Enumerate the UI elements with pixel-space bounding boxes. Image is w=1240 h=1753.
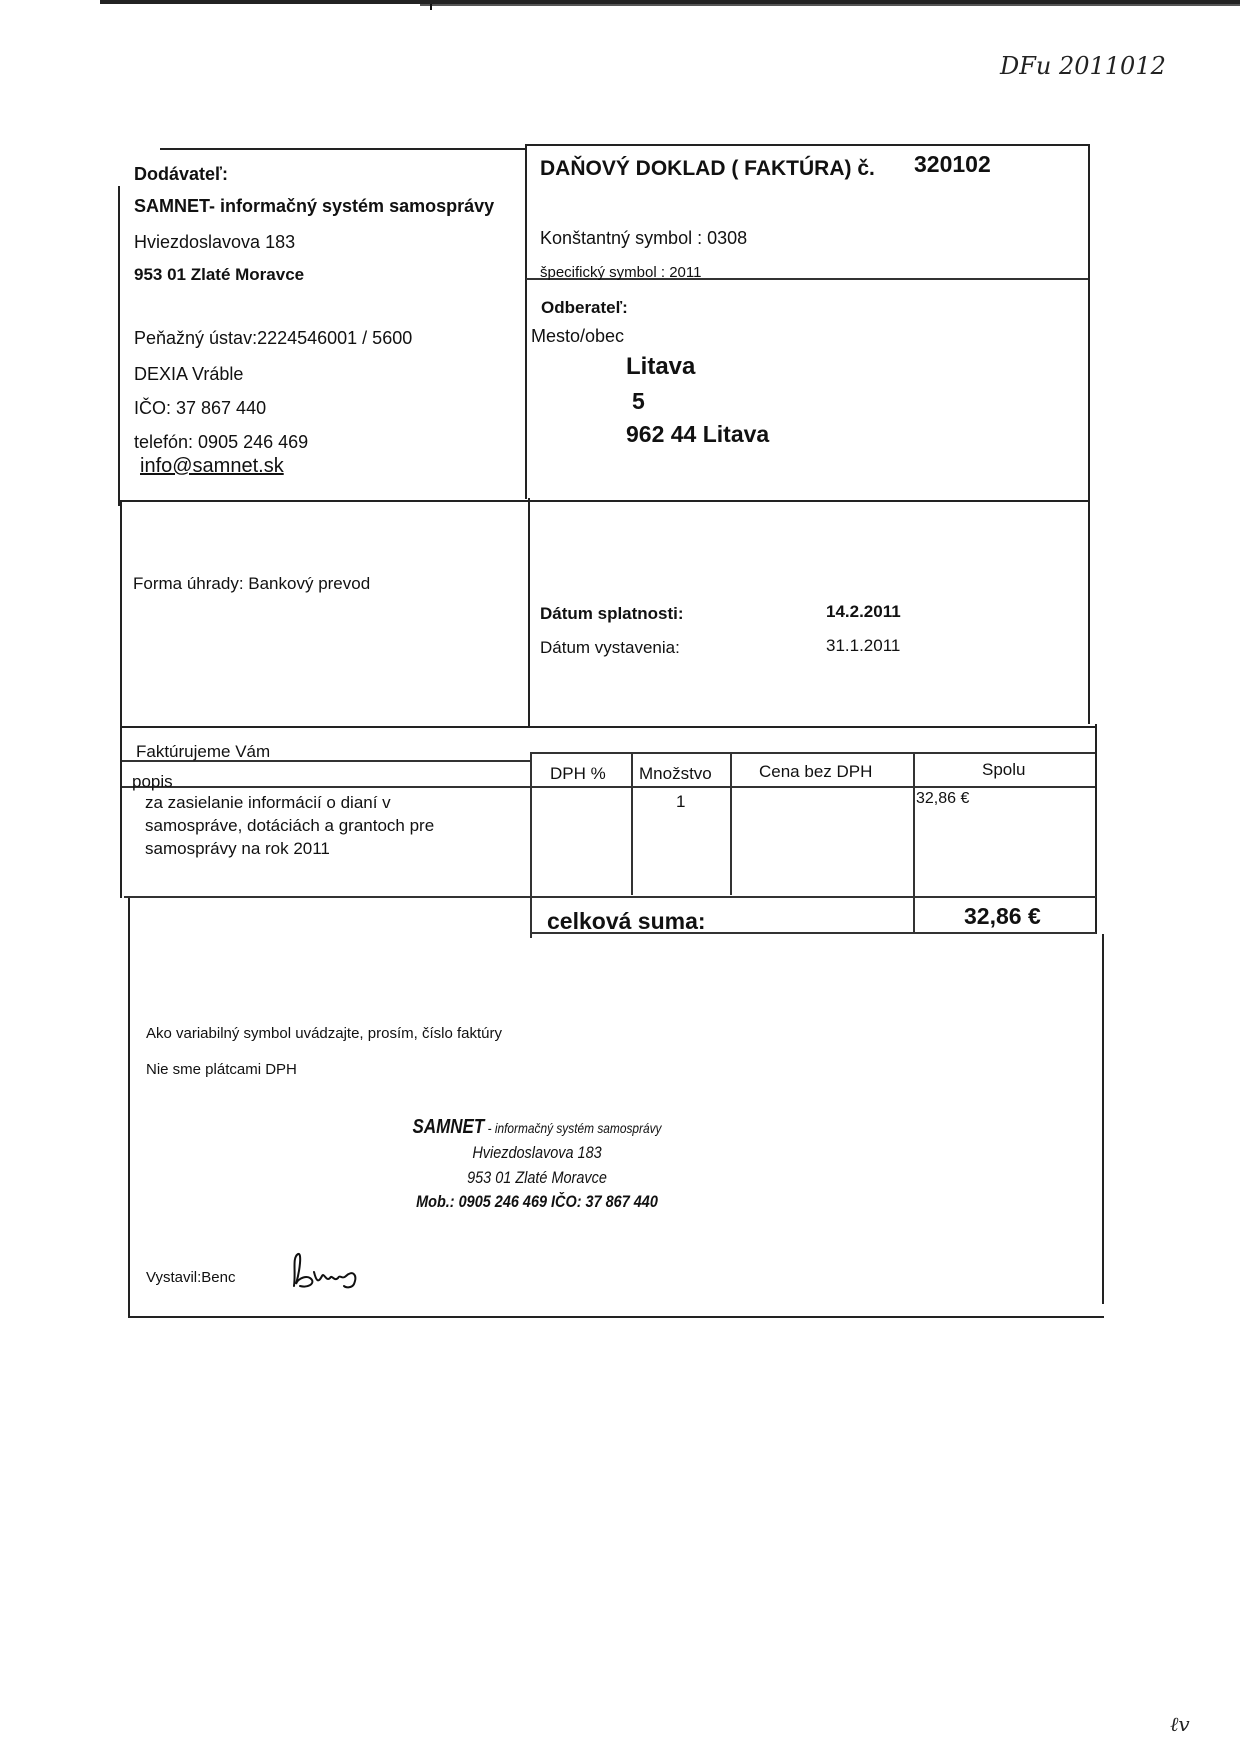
border — [526, 144, 1090, 146]
invoice-title: DAŇOVÝ DOKLAD ( FAKTÚRA) č. — [540, 157, 875, 181]
issue-date-label: Dátum vystavenia: — [540, 638, 680, 658]
border — [913, 752, 915, 932]
payment-method: Forma úhrady: Bankový prevod — [133, 574, 370, 594]
customer-name: Litava — [626, 353, 695, 381]
stamp-city: 953 01 Zlaté Moravce — [401, 1168, 673, 1188]
border — [128, 898, 130, 1318]
issued-by: Vystavil:Benc — [146, 1269, 235, 1286]
border — [528, 498, 530, 728]
due-date-value: 14.2.2011 — [826, 602, 901, 622]
specific-symbol: špecifický symbol : 2011 — [540, 264, 701, 281]
supplier-email-link[interactable]: info@samnet.sk — [140, 455, 284, 478]
border — [122, 786, 1095, 788]
supplier-name: SAMNET- informačný systém samosprávy — [134, 196, 494, 217]
column-header-price: Cena bez DPH — [759, 762, 872, 782]
border — [730, 752, 732, 895]
stamp-contact: Mob.: 0905 246 469 IČO: 37 867 440 — [401, 1192, 673, 1212]
column-header-total: Spolu — [982, 760, 1025, 780]
column-header-description: popis — [132, 772, 173, 792]
border — [160, 148, 526, 150]
scan-edge — [420, 4, 1240, 6]
supplier-bank-account: Peňažný ústav:2224546001 / 5600 — [134, 328, 412, 349]
column-header-quantity: Množstvo — [639, 764, 712, 784]
invoice-number: 320102 — [914, 151, 991, 178]
supplier-phone: telefón: 0905 246 469 — [134, 432, 308, 453]
border — [128, 1316, 1104, 1318]
border — [120, 500, 122, 898]
constant-symbol: Konštantný symbol : 0308 — [540, 228, 747, 249]
stamp-tagline: - informačný systém samosprávy — [484, 1120, 661, 1136]
issue-date-value: 31.1.2011 — [826, 636, 900, 656]
row-description-line: za zasielanie informácií o dianí v — [145, 793, 391, 813]
stamp-header: SAMNET - informačný systém samosprávy — [401, 1116, 673, 1139]
border — [631, 752, 633, 895]
customer-number: 5 — [632, 388, 645, 415]
supplier-bank-name: DEXIA Vráble — [134, 364, 243, 385]
stamp-street: Hviezdoslavova 183 — [401, 1143, 673, 1163]
vat-status-note: Nie sme plátcami DPH — [146, 1061, 297, 1078]
row-quantity: 1 — [676, 792, 685, 812]
supplier-street: Hviezdoslavova 183 — [134, 232, 295, 253]
row-total: 32,86 € — [916, 790, 969, 808]
border — [1088, 144, 1090, 724]
customer-city: 962 44 Litava — [626, 421, 769, 448]
stamp-company: SAMNET — [412, 1116, 484, 1138]
variable-symbol-note: Ako variabilný symbol uvádzajte, prosím,… — [146, 1025, 502, 1042]
border — [1102, 934, 1104, 1304]
column-header-vat: DPH % — [550, 764, 606, 784]
supplier-city: 953 01 Zlaté Moravce — [134, 265, 304, 285]
items-section-label: Faktúrujeme Vám — [136, 742, 270, 762]
supplier-label: Dodávateľ: — [134, 164, 228, 185]
border — [120, 500, 1090, 502]
handwritten-reference: DFu 2011012 — [1000, 52, 1166, 80]
customer-type: Mesto/obec — [531, 326, 624, 347]
border — [124, 896, 1096, 898]
handwritten-mark: ℓv — [1170, 1712, 1190, 1737]
signature-icon — [286, 1250, 376, 1292]
border — [118, 186, 120, 506]
customer-label: Odberateľ: — [541, 298, 628, 318]
row-description-line: samosprávy na rok 2011 — [145, 839, 330, 859]
supplier-ico: IČO: 37 867 440 — [134, 398, 266, 419]
total-label: celková suma: — [547, 908, 706, 935]
border — [120, 726, 1095, 728]
row-description-line: samospráve, dotáciách a grantoch pre — [145, 816, 434, 836]
border — [530, 752, 532, 938]
due-date-label: Dátum splatnosti: — [540, 604, 684, 624]
border — [1095, 724, 1097, 934]
border — [530, 752, 1095, 754]
total-value: 32,86 € — [964, 903, 1041, 930]
scan-edge — [430, 4, 432, 10]
border — [525, 144, 527, 499]
